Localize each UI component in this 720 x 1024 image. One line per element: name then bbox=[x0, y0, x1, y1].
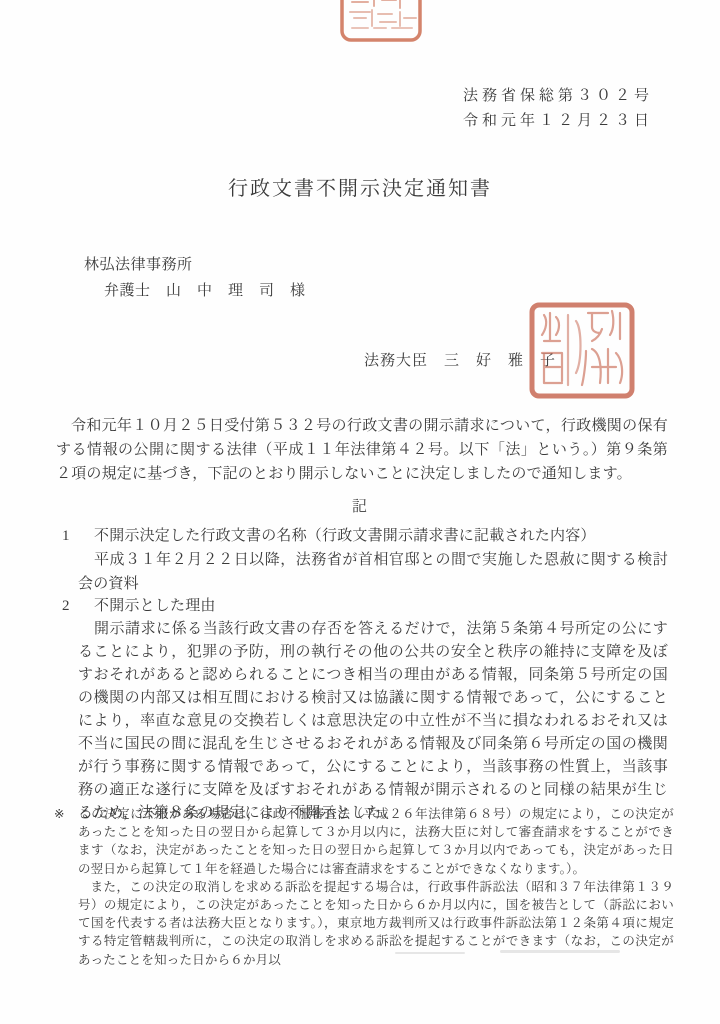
appeal-note-paragraph-1: ※この決定に不服がある場合は，行政不服審査法（平成２６年法律第６８号）の規定によ… bbox=[54, 805, 674, 878]
ki-label: 記 bbox=[0, 495, 720, 516]
document-page: 法務省保総第３０２号 令和元年１２月２３日 行政文書不開示決定通知書 林弘法律事… bbox=[0, 0, 720, 1024]
item-2: 2 不開示とした理由 開示請求に係る当該行政文書の存否を答えるだけで，法第５条第… bbox=[62, 595, 668, 825]
item-1: 1 不開示決定した行政文書の名称（行政文書開示請求書に記載された内容） 平成３１… bbox=[62, 524, 668, 596]
document-meta: 法務省保総第３０２号 令和元年１２月２３日 bbox=[463, 84, 653, 134]
note-marker: ※ bbox=[54, 805, 78, 823]
scan-artifact bbox=[500, 950, 620, 953]
minister-seal-icon bbox=[528, 301, 636, 400]
appeal-note-paragraph-2: また，この決定の取消しを求める訴訟を提起する場合は，行政事件訴訟法（昭和３７年法… bbox=[54, 878, 674, 969]
intro-paragraph: 令和元年１０月２５日受付第５３２号の行政文書の開示請求について，行政機関の保有す… bbox=[56, 414, 668, 486]
item-2-body: 開示請求に係る当該行政文書の存否を答えるだけで，法第５条第４号所定の公にすること… bbox=[78, 618, 668, 825]
document-number: 法務省保総第３０２号 bbox=[463, 84, 653, 109]
scan-artifact bbox=[395, 952, 465, 954]
addressee-office: 林弘法律事務所 bbox=[84, 252, 306, 278]
document-date: 令和元年１２月２３日 bbox=[463, 109, 653, 134]
addressee-person: 弁護士 山 中 理 司 様 bbox=[84, 278, 306, 304]
addressee-block: 林弘法律事務所 弁護士 山 中 理 司 様 bbox=[84, 252, 306, 304]
item-2-heading: 不開示とした理由 bbox=[94, 595, 668, 618]
header-stamp-icon bbox=[338, 0, 424, 44]
item-1-heading: 不開示決定した行政文書の名称（行政文書開示請求書に記載された内容） bbox=[94, 524, 668, 548]
item-1-body: 平成３１年２月２２日以降，法務省が首相官邸との間で実施した恩赦に関する検討会の資… bbox=[78, 548, 668, 596]
appeal-note: ※この決定に不服がある場合は，行政不服審査法（平成２６年法律第６８号）の規定によ… bbox=[54, 805, 674, 969]
page-title: 行政文書不開示決定通知書 bbox=[0, 172, 720, 201]
note-paragraph-1-text: この決定に不服がある場合は，行政不服審査法（平成２６年法律第６８号）の規定により… bbox=[78, 807, 674, 876]
